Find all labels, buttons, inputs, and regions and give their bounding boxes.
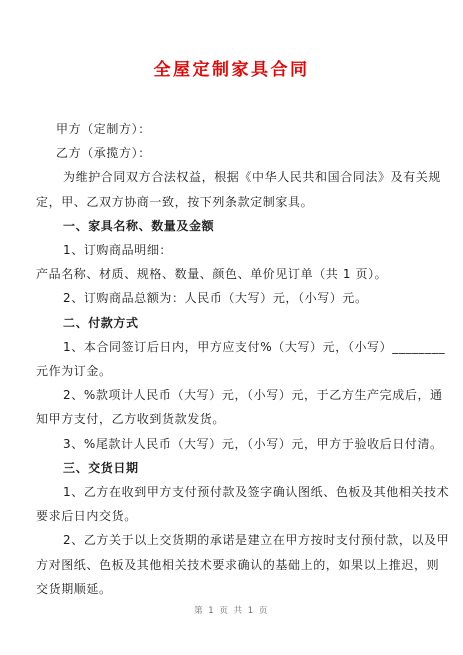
document-title: 全屋定制家具合同 xyxy=(36,58,427,82)
contract-page: 全屋定制家具合同 甲方（定制方）：乙方（承揽方）：为维护合同双方合法权益，根据《… xyxy=(0,0,463,655)
contract-line: 1、订购商品明细： xyxy=(36,238,427,262)
contract-line: 3、%尾款计人民币（大写）元，（小写）元，甲方于验收后日付清。 xyxy=(36,432,427,456)
contract-line: 1、本合同签订后日内，甲方应支付%（大写）元，（小写）________ xyxy=(36,335,427,359)
contract-line: 交货期顺延。 xyxy=(36,577,427,601)
contract-line: 元作为订金。 xyxy=(36,359,427,383)
contract-line: 三、交货日期 xyxy=(36,456,427,480)
contract-line: 一、家具名称、数量及金额 xyxy=(36,214,427,238)
contract-line: 方对图纸、色板及其他相关技术要求确认的基础上的，如果以上推迟，则 xyxy=(36,553,427,577)
contract-line: 1、乙方在收到甲方支付预付款及签字确认图纸、色板及其他相关技术 xyxy=(36,480,427,504)
contract-line: 乙方（承揽方）： xyxy=(36,141,427,165)
contract-body: 甲方（定制方）：乙方（承揽方）：为维护合同双方合法权益，根据《中华人民共和国合同… xyxy=(36,117,427,601)
contract-line: 甲方（定制方）： xyxy=(36,117,427,141)
contract-line: 产品名称、材质、规格、数量、颜色、单价见订单（共 1 页）。 xyxy=(36,262,427,286)
contract-line: 2、乙方关于以上交货期的承诺是建立在甲方按时支付预付款，以及甲 xyxy=(36,528,427,552)
contract-line: 定，甲、乙双方协商一致，按下列条款定制家具。 xyxy=(36,190,427,214)
contract-line: 要求后日内交货。 xyxy=(36,504,427,528)
contract-line: 二、付款方式 xyxy=(36,311,427,335)
contract-line: 为维护合同双方合法权益，根据《中华人民共和国合同法》及有关规 xyxy=(36,165,427,189)
contract-line: 2、%款项计人民币（大写）元，（小写）元，于乙方生产完成后，通 xyxy=(36,383,427,407)
page-number: 第 1 页 共 1 页 xyxy=(36,604,427,616)
contract-line: 2、订购商品总额为：人民币（大写）元，（小写）元。 xyxy=(36,286,427,310)
contract-line: 知甲方支付，乙方收到货款发货。 xyxy=(36,407,427,431)
